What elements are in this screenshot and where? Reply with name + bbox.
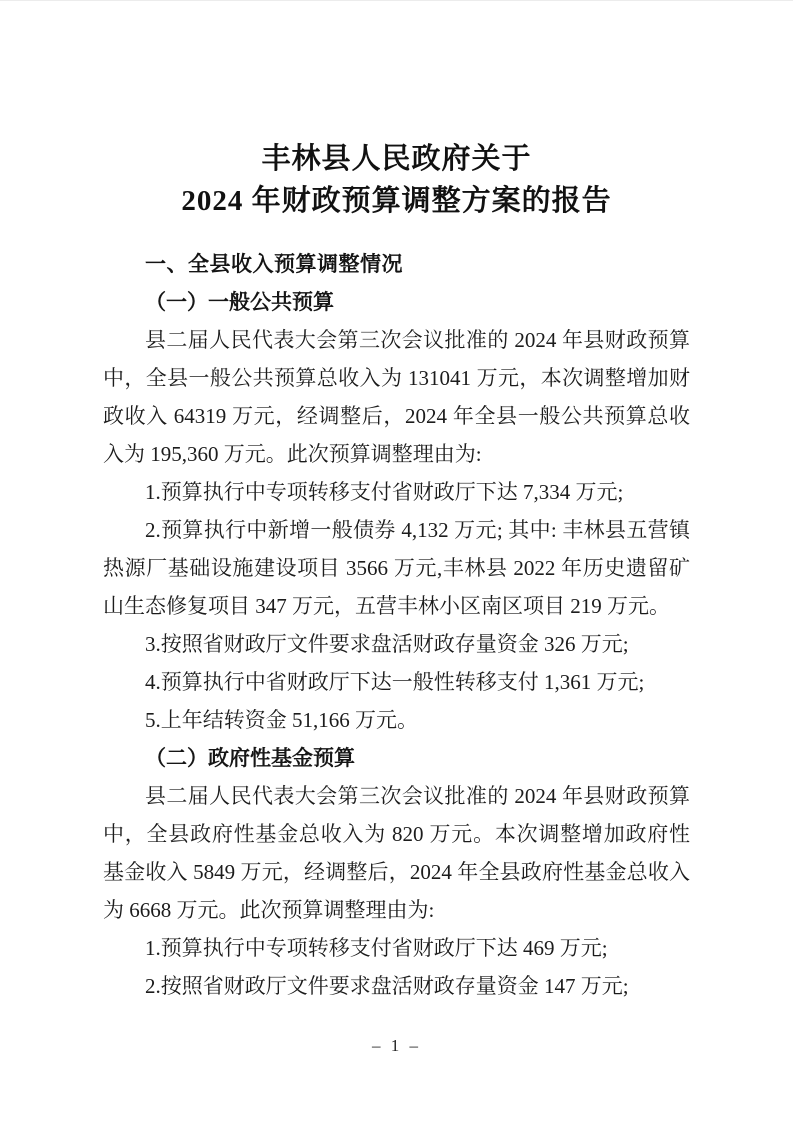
title-line-1: 丰林县人民政府关于 (60, 138, 733, 180)
subsection-heading: （二）政府性基金预算 (103, 739, 690, 777)
section-heading: 一、全县收入预算调整情况 (103, 245, 690, 283)
page-number: – 1 – (372, 1036, 421, 1055)
body-paragraph: 县二届人民代表大会第三次会议批准的 2024 年县财政预算中，全县一般公共预算总… (103, 321, 690, 473)
body-paragraph: 县二届人民代表大会第三次会议批准的 2024 年县财政预算中，全县政府性基金总收… (103, 777, 690, 929)
document-body: 一、全县收入预算调整情况（一）一般公共预算县二届人民代表大会第三次会议批准的 2… (103, 245, 690, 1005)
body-paragraph: 3.按照省财政厅文件要求盘活财政存量资金 326 万元; (103, 625, 690, 663)
body-paragraph: 5.上年结转资金 51,166 万元。 (103, 701, 690, 739)
title-line-2: 2024 年财政预算调整方案的报告 (60, 180, 733, 222)
subsection-heading: （一）一般公共预算 (103, 283, 690, 321)
body-paragraph: 1.预算执行中专项转移支付省财政厅下达 7,334 万元; (103, 473, 690, 511)
page-footer: – 1 – (0, 1036, 793, 1056)
document-title: 丰林县人民政府关于 2024 年财政预算调整方案的报告 (60, 138, 733, 222)
body-paragraph: 2.按照省财政厅文件要求盘活财政存量资金 147 万元; (103, 967, 690, 1005)
body-paragraph: 2.预算执行中新增一般债券 4,132 万元; 其中: 丰林县五营镇热源厂基础设… (103, 511, 690, 625)
body-paragraph: 1.预算执行中专项转移支付省财政厅下达 469 万元; (103, 929, 690, 967)
document-page: 丰林县人民政府关于 2024 年财政预算调整方案的报告 一、全县收入预算调整情况… (0, 0, 793, 1122)
body-paragraph: 4.预算执行中省财政厅下达一般性转移支付 1,361 万元; (103, 663, 690, 701)
